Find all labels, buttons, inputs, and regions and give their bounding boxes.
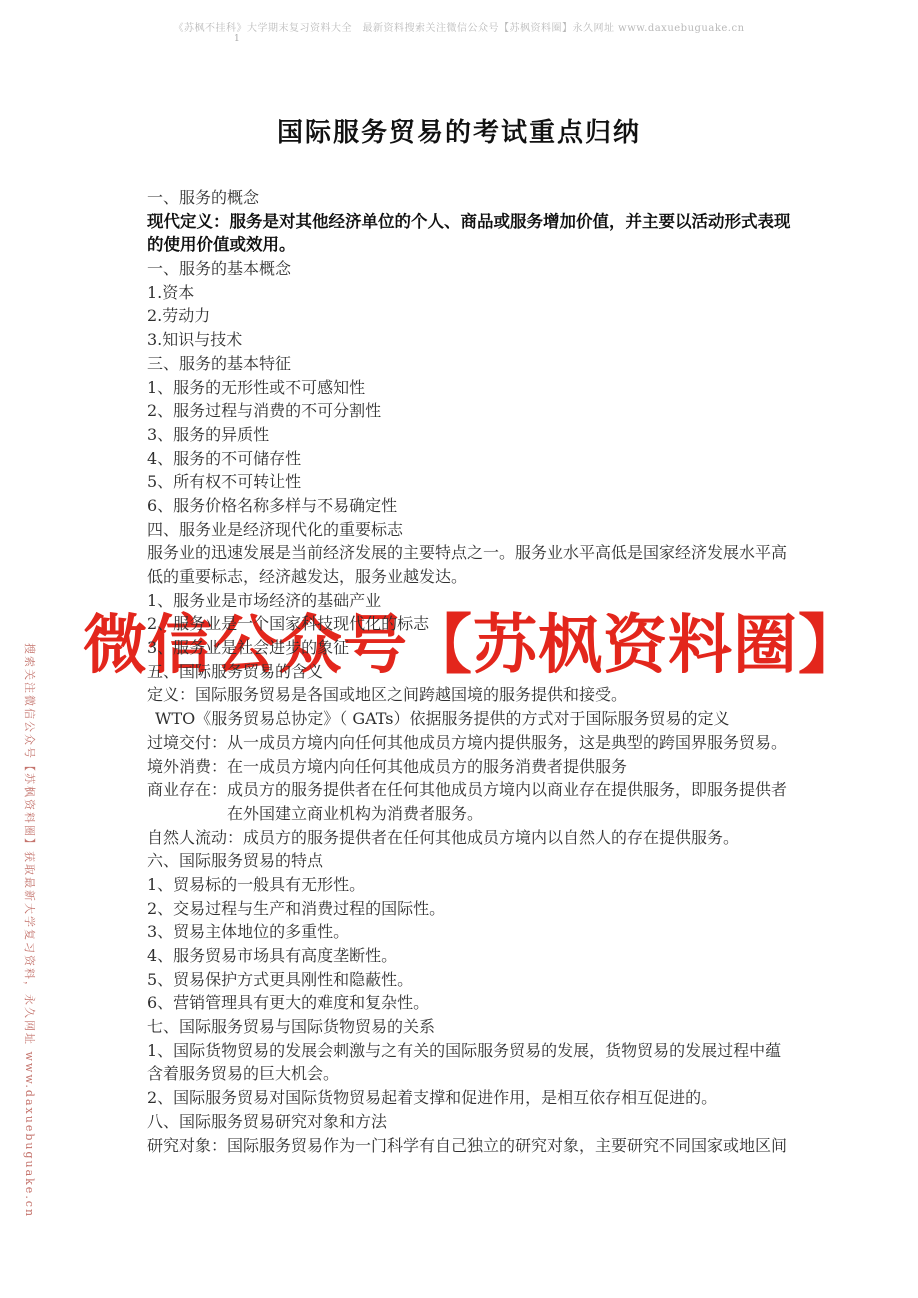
text-line: 5、所有权不可转让性 <box>147 470 807 494</box>
text-line: 3、服务业是社会进步的象征 <box>147 636 807 660</box>
text-line: 定义：国际服务贸易是各国或地区之间跨越国境的服务提供和接受。 <box>147 683 807 707</box>
page-header-text: 《苏枫不挂科》大学期末复习资料大全 最新资料搜索关注微信公众号【苏枫资料圈】永久… <box>0 19 918 34</box>
text-line: 自然人流动：成员方的服务提供者在任何其他成员方境内以自然人的存在提供服务。 <box>147 826 807 850</box>
text-line: 2、国际服务贸易对国际货物贸易起着支撑和促进作用，是相互依存相互促进的。 <box>147 1086 807 1110</box>
text-line: 过境交付：从一成员方境内向任何其他成员方境内提供服务，这是典型的跨国界服务贸易。 <box>147 731 807 755</box>
text-line: 八、国际服务贸易研究对象和方法 <box>147 1110 807 1134</box>
text-line: 3、贸易主体地位的多重性。 <box>147 920 807 944</box>
text-line: 1、服务业是市场经济的基础产业 <box>147 589 807 613</box>
text-line: 七、国际服务贸易与国际货物贸易的关系 <box>147 1015 807 1039</box>
text-line: 3.知识与技术 <box>147 328 807 352</box>
text-line: 一、服务的基本概念 <box>147 257 807 281</box>
watermark-vertical: 搜索关注微信公众号【苏枫资料圈】获取最新大学复习资料，永久网址 www.daxu… <box>22 643 38 1218</box>
text-line: 一、服务的概念 <box>147 186 807 210</box>
text-line: 服务业的迅速发展是当前经济发展的主要特点之一。服务业水平高低是国家经济发展水平高 <box>147 541 807 565</box>
text-line: 6、服务价格名称多样与不易确定性 <box>147 494 807 518</box>
text-line: 1、贸易标的一般具有无形性。 <box>147 873 807 897</box>
text-line: 现代定义：服务是对其他经济单位的个人、商品或服务增加价值，并主要以活动形式表现 <box>147 210 807 234</box>
text-line: 6、营销管理具有更大的难度和复杂性。 <box>147 991 807 1015</box>
text-line: 四、服务业是经济现代化的重要标志 <box>147 518 807 542</box>
document-page: 《苏枫不挂科》大学期末复习资料大全 最新资料搜索关注微信公众号【苏枫资料圈】永久… <box>0 0 918 1298</box>
text-line: 三、服务的基本特征 <box>147 352 807 376</box>
text-line: 1.资本 <box>147 281 807 305</box>
text-line: 5、贸易保护方式更具刚性和隐蔽性。 <box>147 968 807 992</box>
text-line: 2、服务业是一个国家科技现代化的标志 <box>147 612 807 636</box>
page-number-mark: 1 <box>234 34 240 44</box>
text-line: WTO《服务贸易总协定》（ GATs）依据服务提供的方式对于国际服务贸易的定义 <box>147 707 807 731</box>
text-line: 在外国建立商业机构为消费者服务。 <box>147 802 807 826</box>
document-title: 国际服务贸易的考试重点归纳 <box>0 112 918 149</box>
document-body: 一、服务的概念现代定义：服务是对其他经济单位的个人、商品或服务增加价值，并主要以… <box>147 186 807 1157</box>
text-line: 境外消费：在一成员方境内向任何其他成员方的服务消费者提供服务 <box>147 755 807 779</box>
text-line: 4、服务的不可储存性 <box>147 447 807 471</box>
text-line: 2.劳动力 <box>147 304 807 328</box>
text-line: 2、服务过程与消费的不可分割性 <box>147 399 807 423</box>
text-line: 3、服务的异质性 <box>147 423 807 447</box>
text-line: 1、服务的无形性或不可感知性 <box>147 376 807 400</box>
text-line: 六、国际服务贸易的特点 <box>147 849 807 873</box>
text-line: 低的重要标志，经济越发达，服务业越发达。 <box>147 565 807 589</box>
text-line: 含着服务贸易的巨大机会。 <box>147 1062 807 1086</box>
text-line: 商业存在：成员方的服务提供者在任何其他成员方境内以商业存在提供服务，即服务提供者 <box>147 778 807 802</box>
text-line: 五、国际服务贸易的含义 <box>147 660 807 684</box>
text-line: 2、交易过程与生产和消费过程的国际性。 <box>147 897 807 921</box>
text-line: 研究对象：国际服务贸易作为一门科学有自己独立的研究对象，主要研究不同国家或地区间 <box>147 1134 807 1158</box>
text-line: 1、国际货物贸易的发展会刺激与之有关的国际服务贸易的发展，货物贸易的发展过程中蕴 <box>147 1039 807 1063</box>
text-line: 4、服务贸易市场具有高度垄断性。 <box>147 944 807 968</box>
text-line: 的使用价值或效用。 <box>147 233 807 257</box>
